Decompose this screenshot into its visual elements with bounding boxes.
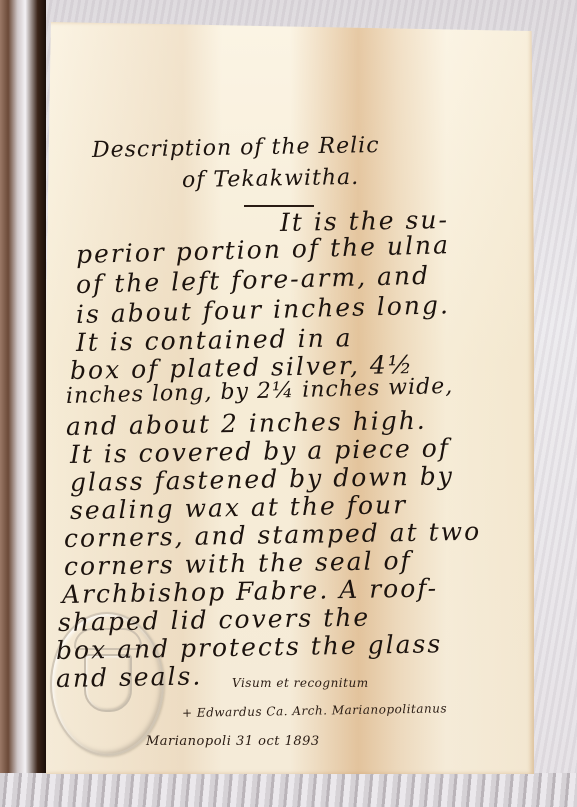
title-line-1: Description of the Relic	[92, 133, 380, 163]
date-line: Marianopoli 31 oct 1893	[146, 734, 320, 749]
title-line-2: of Tekakwitha.	[182, 165, 360, 193]
signature-line: + Edwardus Ca. Arch. Marianopolitanus	[182, 701, 447, 720]
attestation-line: Visum et recognitum	[232, 676, 369, 690]
body-line: and seals.	[56, 661, 203, 693]
handwriting: Description of the Relic of Tekakwitha. …	[0, 0, 577, 807]
divider-rule	[244, 205, 314, 207]
body-line: box and protects the glass	[56, 629, 443, 665]
